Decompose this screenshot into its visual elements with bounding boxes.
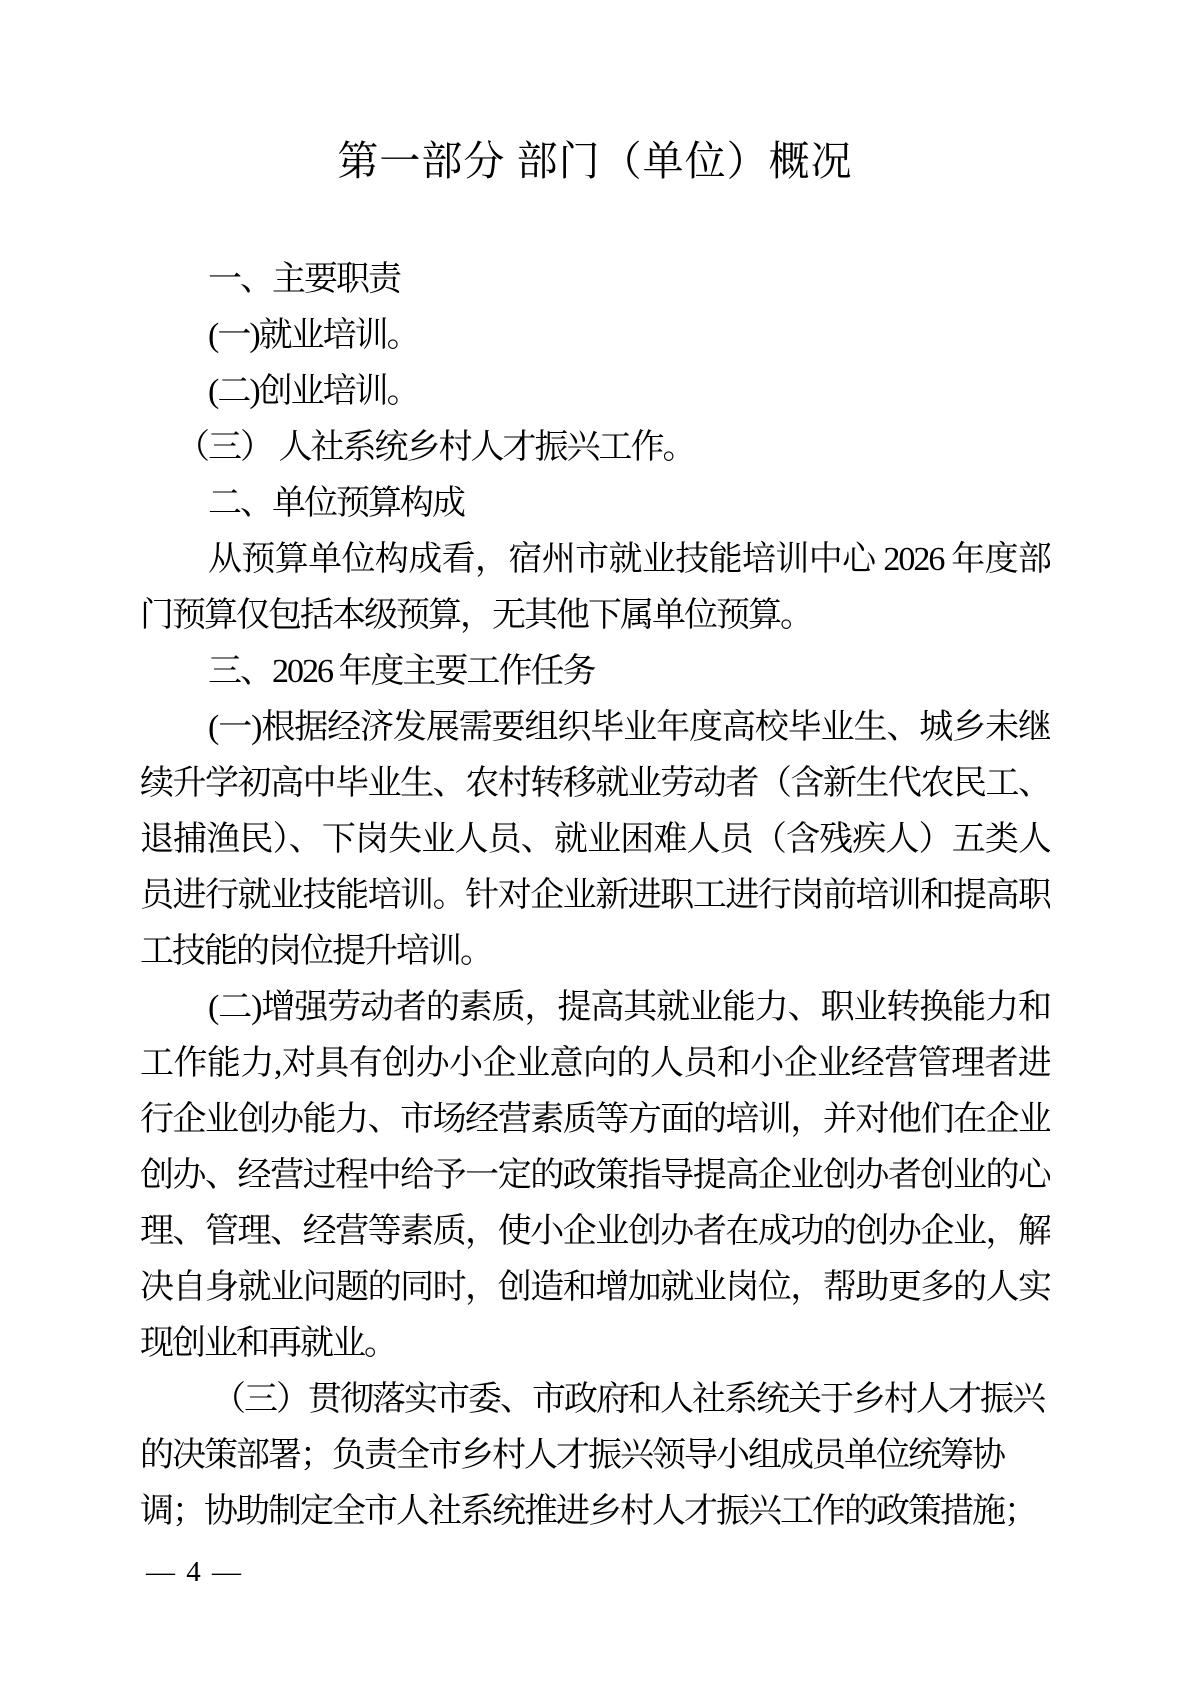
text-line: (二)创业培训。 xyxy=(140,364,1050,420)
text-line: 决自身就业问题的同时，创造和增加就业岗位，帮助更多的人实 xyxy=(140,1260,1050,1316)
page-number: — 4 — xyxy=(146,1556,243,1589)
text-line: 从预算单位构成看，宿州市就业技能培训中心 2026 年度部 xyxy=(140,532,1050,588)
text-line: (二)增强劳动者的素质，提高其就业能力、职业转换能力和 xyxy=(140,980,1050,1036)
text-line: (一)就业培训。 xyxy=(140,308,1050,364)
text-line: 员进行就业技能培训。针对企业新进职工进行岗前培训和提高职 xyxy=(140,868,1050,924)
text-line: 调；协助制定全市人社系统推进乡村人才振兴工作的政策措施； xyxy=(140,1484,1050,1540)
document-body: 一、主要职责(一)就业培训。(二)创业培训。（三） 人社系统乡村人才振兴工作。二… xyxy=(140,252,1050,1540)
document-page: 第一部分 部门（单位）概况 一、主要职责(一)就业培训。(二)创业培训。（三） … xyxy=(0,0,1190,1683)
text-line: 理、管理、经营等素质，使小企业创办者在成功的创办企业，解 xyxy=(140,1204,1050,1260)
text-line: （三）贯彻落实市委、市政府和人社系统关于乡村人才振兴 xyxy=(140,1372,1050,1428)
text-line: 创办、经营过程中给予一定的政策指导提高企业创办者创业的心 xyxy=(140,1148,1050,1204)
text-line: 的决策部署；负责全市乡村人才振兴领导小组成员单位统筹协 xyxy=(140,1428,1050,1484)
text-line: 现创业和再就业。 xyxy=(140,1316,1050,1372)
text-line: 三、2026 年度主要工作任务 xyxy=(140,644,1050,700)
text-line: 退捕渔民）、下岗失业人员、就业困难人员（含残疾人）五类人 xyxy=(140,812,1050,868)
text-line: 工技能的岗位提升培训。 xyxy=(140,924,1050,980)
text-line: 续升学初高中毕业生、农村转移就业劳动者（含新生代农民工、 xyxy=(140,756,1050,812)
text-line: 工作能力,对具有创办小企业意向的人员和小企业经营管理者进 xyxy=(140,1036,1050,1092)
text-line: （三） 人社系统乡村人才振兴工作。 xyxy=(140,420,1050,476)
text-line: 行企业创办能力、市场经营素质等方面的培训，并对他们在企业 xyxy=(140,1092,1050,1148)
text-line: (一)根据经济发展需要组织毕业年度高校毕业生、城乡未继 xyxy=(140,700,1050,756)
text-line: 一、主要职责 xyxy=(140,252,1050,308)
page-title: 第一部分 部门（单位）概况 xyxy=(140,128,1050,187)
text-line: 门预算仅包括本级预算，无其他下属单位预算。 xyxy=(140,588,1050,644)
text-line: 二、单位预算构成 xyxy=(140,476,1050,532)
